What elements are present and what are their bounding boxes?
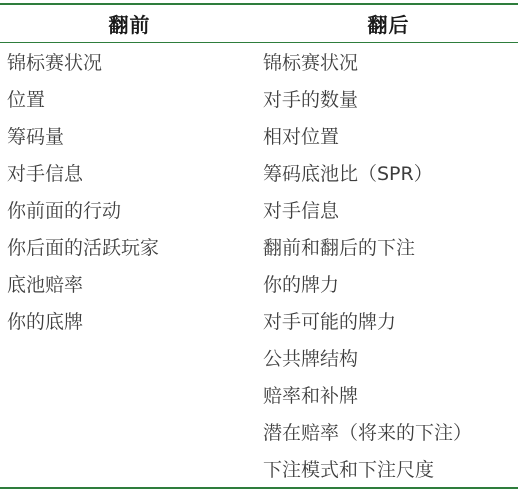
cell-postflop: 筹码底池比（SPR） (259, 154, 518, 191)
table-row: 锦标赛状况 锦标赛状况 (0, 43, 518, 80)
cell-postflop: 对手信息 (259, 191, 518, 228)
table-row: 位置 对手的数量 (0, 80, 518, 117)
table-row: 你后面的活跃玩家 翻前和翻后的下注 (0, 228, 518, 265)
table-row: 你的底牌 对手可能的牌力 (0, 302, 518, 339)
preflop-postflop-table: 翻前 翻后 锦标赛状况 锦标赛状况 位置 对手的数量 筹码量 相对位置 对手信息… (0, 3, 518, 489)
cell-postflop: 赔率和补牌 (259, 376, 518, 413)
header-preflop: 翻前 (0, 5, 259, 42)
cell-preflop (0, 413, 259, 450)
table-row: 公共牌结构 (0, 339, 518, 376)
cell-postflop: 你的牌力 (259, 265, 518, 302)
table-row: 筹码量 相对位置 (0, 117, 518, 154)
cell-preflop: 锦标赛状况 (0, 43, 259, 80)
header-postflop: 翻后 (259, 5, 518, 42)
cell-preflop: 位置 (0, 80, 259, 117)
cell-postflop: 潜在赔率（将来的下注） (259, 413, 518, 450)
cell-preflop: 你的底牌 (0, 302, 259, 339)
table-row: 底池赔率 你的牌力 (0, 265, 518, 302)
table-row: 潜在赔率（将来的下注） (0, 413, 518, 450)
cell-postflop: 下注模式和下注尺度 (259, 450, 518, 487)
cell-postflop: 翻前和翻后的下注 (259, 228, 518, 265)
cell-preflop: 你后面的活跃玩家 (0, 228, 259, 265)
cell-preflop (0, 376, 259, 413)
cell-preflop: 底池赔率 (0, 265, 259, 302)
table-row: 赔率和补牌 (0, 376, 518, 413)
cell-postflop: 公共牌结构 (259, 339, 518, 376)
cell-preflop: 对手信息 (0, 154, 259, 191)
document-page: 翻前 翻后 锦标赛状况 锦标赛状况 位置 对手的数量 筹码量 相对位置 对手信息… (0, 0, 518, 497)
cell-postflop: 对手的数量 (259, 80, 518, 117)
cell-preflop: 你前面的行动 (0, 191, 259, 228)
cell-preflop (0, 450, 259, 487)
table-header-row: 翻前 翻后 (0, 5, 518, 43)
table-row: 对手信息 筹码底池比（SPR） (0, 154, 518, 191)
cell-preflop (0, 339, 259, 376)
cell-postflop: 对手可能的牌力 (259, 302, 518, 339)
table-row: 下注模式和下注尺度 (0, 450, 518, 487)
cell-postflop: 锦标赛状况 (259, 43, 518, 80)
table-row: 你前面的行动 对手信息 (0, 191, 518, 228)
cell-postflop: 相对位置 (259, 117, 518, 154)
cell-preflop: 筹码量 (0, 117, 259, 154)
